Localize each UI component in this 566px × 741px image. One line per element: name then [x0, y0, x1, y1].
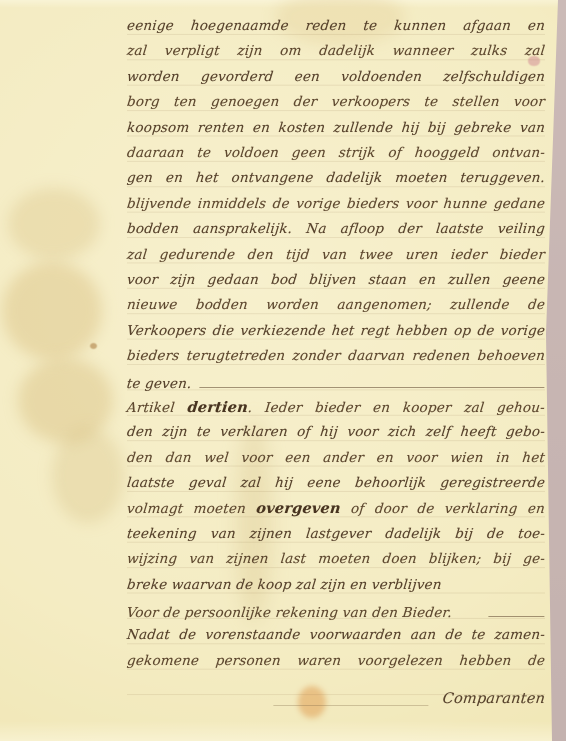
text-line: Nadat de vorenstaande voorwaarden aan de…	[126, 623, 547, 648]
text-line: breke waarvan de koop zal zijn en verbli…	[126, 573, 547, 598]
text-line: eenige hoegenaamde reden te kunnen afgaa…	[126, 14, 547, 39]
text-fragment: of door de verklaring en	[340, 501, 546, 517]
paper-stain	[8, 188, 100, 260]
faint-rule	[273, 687, 430, 706]
emphasized-word: overgeven	[255, 500, 341, 517]
catchword-line: Comparanten	[126, 687, 547, 712]
text-line: bieders terugtetreden zonder daarvan red…	[126, 344, 547, 369]
article-label: Artikel	[126, 400, 188, 416]
text-line: worden gevorderd een voldoenden zelfschu…	[126, 65, 547, 90]
scanned-manuscript-page: eenige hoegenaamde reden te kunnen afgaa…	[0, 0, 566, 741]
article-number: dertien	[187, 399, 249, 416]
text-line: wijzing van zijnen last moeten doen blij…	[126, 547, 547, 572]
article-heading-line: Artikel dertien. Ieder bieder en kooper …	[126, 395, 547, 420]
ruled-line	[488, 598, 546, 617]
text-line: den zijn te verklaren of hij voor zich z…	[126, 420, 547, 445]
text-fragment: . Ieder bieder en kooper zal gehou-	[247, 400, 546, 416]
text-line: teekening van zijnen lastgever dadelijk …	[126, 522, 547, 547]
handwritten-text-block: eenige hoegenaamde reden te kunnen afgaa…	[127, 14, 545, 713]
text-fragment: volmagt moeten	[126, 501, 257, 517]
text-line: laatste geval zal hij eene behoorlijk ge…	[126, 471, 547, 496]
text-line: bodden aansprakelijk. Na afloop der laat…	[126, 217, 547, 242]
text-line: volmagt moeten overgeven of door de verk…	[126, 496, 547, 521]
text-line: nieuwe bodden worden aangenomen; zullend…	[126, 293, 547, 318]
text-line: gekomene personen waren voorgelezen hebb…	[126, 649, 547, 674]
text-line: zal verpligt zijn om dadelijk wanneer zu…	[126, 39, 547, 64]
text-line: den dan wel voor een ander en voor wien …	[126, 446, 547, 471]
text-line: daaraan te voldoen geen strijk of hoogge…	[126, 141, 547, 166]
paper-stain	[2, 262, 102, 360]
ruled-line	[199, 369, 546, 388]
text-line: koopsom renten en kosten zullende hij bi…	[126, 116, 547, 141]
manuscript-paper: eenige hoegenaamde reden te kunnen afgaa…	[0, 0, 561, 741]
text-line: Verkoopers die verkiezende het regt hebb…	[126, 319, 547, 344]
text-line: borg ten genoegen der verkoopers te stel…	[126, 90, 547, 115]
text-line: gen en het ontvangene dadelijk moeten te…	[126, 166, 547, 191]
text-line-with-rule: Voor de persoonlijke rekening van den Bi…	[126, 598, 547, 623]
paper-stain	[52, 428, 124, 523]
text-line: voor zijn gedaan bod blijven staan en zu…	[126, 268, 547, 293]
ink-spot	[90, 343, 97, 349]
text-line: zal gedurende den tijd van twee uren ied…	[126, 243, 547, 268]
text-line-with-rule: te geven.	[126, 369, 547, 394]
text-line: blijvende inmiddels de vorige bieders vo…	[126, 192, 547, 217]
catchword: Comparanten	[441, 687, 546, 712]
